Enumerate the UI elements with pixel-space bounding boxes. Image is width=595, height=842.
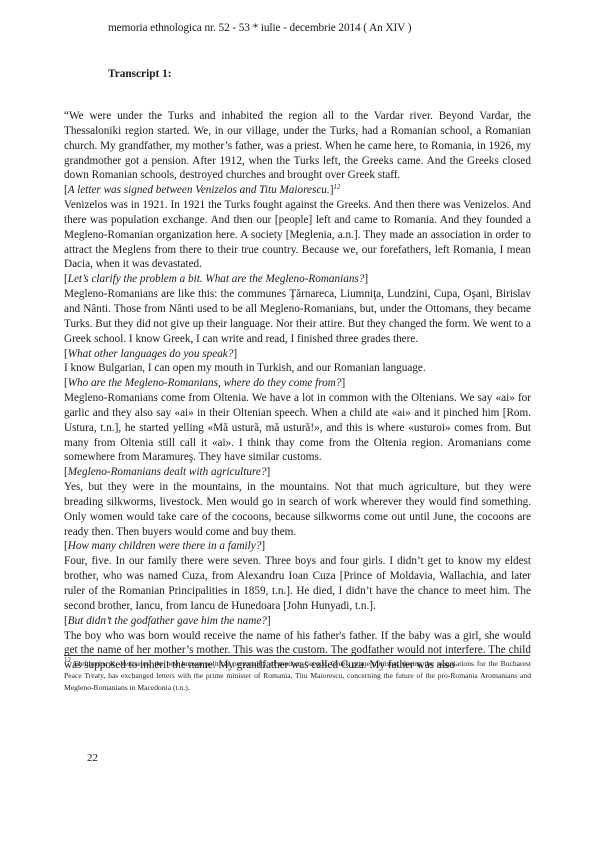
interviewer-question: [But didn’t the godfather gave him the n…	[64, 614, 531, 629]
footnote-number: 12	[64, 656, 71, 664]
footnote: 12 Eleftherios K. Venizelos, the best kn…	[64, 658, 531, 694]
answer-paragraph: Venizelos was in 1921. In 1921 the Turks…	[64, 198, 531, 272]
interviewer-question: [A letter was signed between Venizelos a…	[64, 183, 531, 198]
interviewer-question: [What other languages do you speak?]	[64, 347, 531, 362]
section-title: Transcript 1:	[108, 68, 171, 80]
answer-paragraph: Megleno-Romanians come from Oltenia. We …	[64, 391, 531, 465]
answer-paragraph: Megleno-Romanians are like this: the com…	[64, 287, 531, 346]
interviewer-question: [Who are the Megleno-Romanians, where do…	[64, 376, 531, 391]
transcript-body: “We were under the Turks and inhabited t…	[64, 109, 531, 673]
interviewer-question: [Let’s clarify the problem a bit. What a…	[64, 272, 531, 287]
answer-paragraph: Yes, but they were in the mountains, in …	[64, 480, 531, 539]
footnote-separator	[64, 655, 530, 656]
answer-paragraph: “We were under the Turks and inhabited t…	[64, 109, 531, 183]
footnote-reference[interactable]: 12	[333, 183, 340, 191]
page-number: 22	[87, 752, 98, 764]
answer-paragraph: I know Bulgarian, I can open my mouth in…	[64, 361, 531, 376]
running-header: memoria ethnologica nr. 52 - 53 * iulie …	[108, 22, 411, 34]
interviewer-question: [Megleno-Romanians dealt with agricultur…	[64, 465, 531, 480]
answer-paragraph: Four, five. In our family there were sev…	[64, 554, 531, 613]
footnote-text: Eleftherios K. Venizelos, the best known…	[64, 659, 531, 692]
interviewer-question: [How many children were there in a famil…	[64, 539, 531, 554]
